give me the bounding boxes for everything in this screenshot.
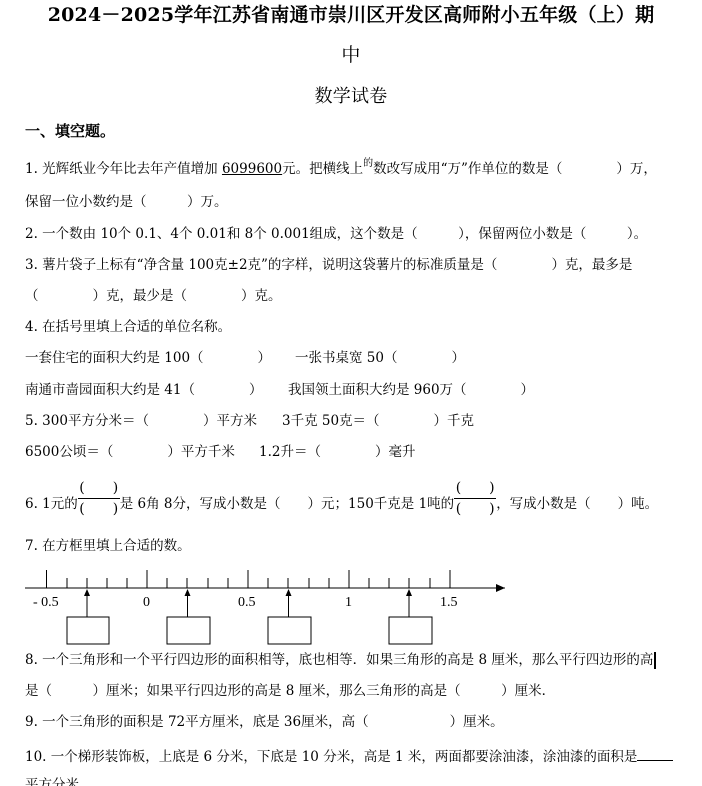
answer-blank[interactable]	[497, 256, 551, 274]
underlined-number: 6099600	[222, 161, 282, 177]
tick-label: 1	[345, 595, 352, 610]
question-1-line1: 1. 光辉纸业今年比去年产值增加 6099600元。把横线上的数改写成用“万”作…	[25, 160, 657, 180]
question-2: 2. 一个数由 10个 0.1、4个 0.01和 8个 0.001组成，这个数是…	[25, 225, 647, 243]
question-5-row1a: 5. 300平方分米＝（ ）平方米	[25, 412, 257, 430]
fraction-blank[interactable]: ( )( )	[454, 478, 496, 519]
exam-page: 2024－2025学年江苏省南通市崇川区开发区高师附小五年级（上）期 中 数学试…	[0, 0, 702, 786]
question-7: 7. 在方框里填上合适的数。	[25, 537, 191, 555]
question-3-line1: 3. 薯片袋子上标有“净含量 100克±2克”的字样，说明这袋薯片的标准质量是（…	[25, 256, 632, 274]
answer-blank[interactable]	[586, 225, 627, 243]
exam-title-line2: 中	[0, 40, 702, 67]
tick-labels: - 0.5 0 0.5 1 1.5	[33, 595, 458, 610]
answer-blank[interactable]	[39, 287, 93, 305]
question-5-row2a: 6500公顷＝（ ）平方千米	[25, 443, 235, 461]
question-1-line2: 保留一位小数约是（ ）万。	[25, 193, 228, 211]
answer-blank[interactable]	[147, 193, 188, 211]
question-9: 9. 一个三角形的面积是 72平方厘米，底是 36厘米，高（ ）厘米。	[25, 713, 504, 731]
question-4: 4. 在括号里填上合适的单位名称。	[25, 318, 231, 336]
answer-blank[interactable]	[418, 225, 459, 243]
tick-label: - 0.5	[33, 595, 59, 610]
answer-box	[389, 617, 432, 644]
tick-label: 1.5	[440, 595, 458, 610]
question-10-line2: 平方分米	[25, 776, 79, 786]
tick-label: 0	[143, 595, 150, 610]
question-4-row2b: 我国领土面积大约是 960万（ ）	[288, 381, 534, 399]
tick-marks	[47, 570, 451, 588]
axis-arrow-icon	[496, 584, 505, 592]
section-heading: 一、填空题。	[25, 120, 115, 141]
answer-box	[67, 617, 109, 644]
exam-title-line1: 2024－2025学年江苏省南通市崇川区开发区高师附小五年级（上）期	[0, 0, 702, 27]
answer-blank[interactable]	[562, 160, 616, 178]
question-3-line2: （ ）克，最少是（ ）克。	[25, 287, 282, 305]
answer-underline-blank[interactable]	[637, 746, 673, 761]
question-10-line1: 10. 一个梯形装饰板，上底是 6 分米，下底是 10 分米，高是 1 米，两面…	[25, 746, 673, 766]
question-4-row1a: 一套住宅的面积大约是 100（ ）	[25, 349, 271, 367]
question-4-row2a: 南通市啬园面积大约是 41（ ）	[25, 381, 262, 399]
question-8-line2: 是（ ）厘米；如果平行四边形的高是 8 厘米，那么三角形的高是（ ）厘米．	[25, 682, 555, 700]
number-line-diagram: - 0.5 0 0.5 1 1.5	[0, 560, 520, 645]
fraction-blank[interactable]: ( )( )	[78, 478, 120, 519]
question-4-row1b: 一张书桌宽 50（ ）	[295, 349, 465, 367]
question-5-row1b: 3千克 50克＝（ ）千克	[282, 412, 474, 430]
exam-subtitle: 数学试卷	[0, 82, 702, 108]
answer-box	[268, 617, 311, 644]
tick-label: 0.5	[238, 595, 256, 610]
text-cursor	[654, 652, 656, 669]
question-8-line1: 8. 一个三角形和一个平行四边形的面积相等，底也相等．如果三角形的高是 8 厘米…	[25, 651, 656, 669]
question-6: 6. 1元的( )( )是 6角 8分，写成小数是（ ）元；150千克是 1吨的…	[25, 482, 658, 526]
answer-box	[167, 617, 210, 644]
answer-blank[interactable]	[187, 287, 241, 305]
answer-boxes	[67, 617, 432, 644]
question-5-row2b: 1.2升＝（ ）毫升	[259, 443, 415, 461]
